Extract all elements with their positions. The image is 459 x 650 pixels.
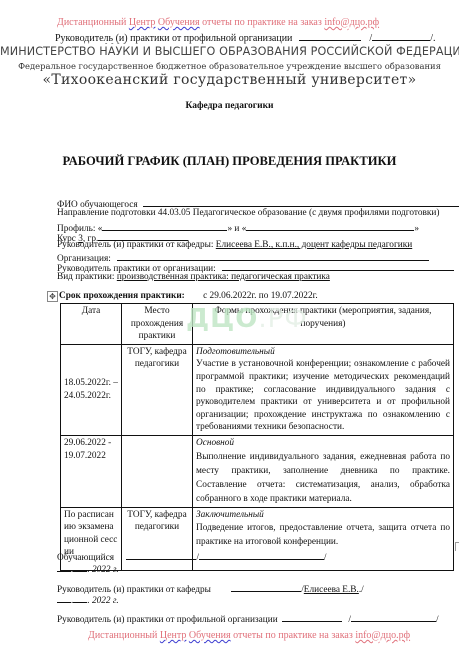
promo-prefix: Дистанционный [88, 630, 160, 641]
header-signature-end: /. [430, 33, 435, 44]
row-place [122, 435, 193, 507]
org-signature-blank[interactable] [282, 611, 342, 622]
dept-date-line: .. 2022 г. [57, 592, 119, 606]
direction-label: Направление подготовки [57, 208, 158, 218]
row-stage: Заключительный [196, 509, 450, 522]
row-tasks: Участие в установочной конференции; озна… [196, 358, 450, 434]
dept-supervisor-field: Руководитель (и) практики от кафедры: Ел… [57, 240, 412, 250]
watermark-tail: .РФ [258, 304, 307, 334]
period-value: с 29.06.2022г. по 19.07.2022г. [203, 291, 318, 301]
promo-brand-center: Центр [129, 17, 156, 28]
institution-type: Федеральное государственное бюджетное об… [0, 61, 459, 71]
site-watermark: ДЦО.РФ [186, 304, 308, 334]
promo-email-link[interactable]: info@дцо.рф [324, 17, 379, 28]
period-field: ✥Срок прохождения практики: с 29.06.2022… [47, 291, 318, 302]
promo-prefix: Дистанционный [57, 17, 129, 28]
promo-brand-learning: Обучения [189, 630, 231, 641]
profile-separator: » и « [227, 224, 246, 234]
department-name: Кафедра педагогики [0, 101, 459, 111]
promo-banner-top: Дистанционный Центр Обучения отчеты по п… [57, 17, 379, 28]
dept-month-blank[interactable] [73, 592, 87, 603]
row-date: 18.05.2022г. – 24.05.2022г. [61, 344, 122, 435]
promo-suffix: отчеты по практике на заказ [200, 17, 325, 28]
row-stage: Основной [196, 437, 450, 450]
row-place: ТОГУ, кафедра педагогики [122, 344, 193, 435]
direction-value: 44.03.05 Педагогическое образование (с д… [158, 208, 440, 218]
dept-signature-blank[interactable] [231, 581, 301, 592]
profile-end: » [414, 224, 419, 234]
dept-day-blank[interactable] [57, 592, 71, 603]
row-tasks: Выполнение индивидуального задания, ежед… [196, 450, 450, 506]
row-forms: Подготовительный Участие в установочной … [193, 344, 454, 435]
row-tasks: Подведение итогов, предоставление отчета… [196, 521, 450, 549]
table-resize-handle[interactable] [455, 542, 459, 551]
dept-signature-name: Елисеева Е.В. [304, 585, 359, 595]
promo-brand-center: Центр [160, 630, 187, 641]
practice-type-value: производственная практика: педагогическа… [117, 272, 330, 282]
header-date: Дата [61, 304, 122, 345]
student-day-blank[interactable] [57, 561, 71, 572]
dept-supervisor-label: Руководитель (и) практики от кафедры: [57, 240, 216, 250]
university-name: «Тихоокеанский государственный университ… [0, 72, 459, 88]
promo-suffix: отчеты по практике на заказ [231, 630, 356, 641]
org-supervisor-input[interactable] [222, 260, 454, 271]
practice-type-field: Вид практики: производственная практика:… [57, 272, 330, 282]
practice-type-label: Вид практики: [57, 272, 117, 282]
student-month-blank[interactable] [73, 561, 87, 572]
promo-banner-bottom: Дистанционный Центр Обучения отчеты по п… [88, 630, 410, 641]
promo-brand-learning: Обучения [158, 17, 200, 28]
row-date: 29.06.2022 - 19.07.2022 [61, 435, 122, 507]
table-row: 18.05.2022г. – 24.05.2022г. ТОГУ, кафедр… [61, 344, 454, 435]
watermark-main: ДЦО [186, 304, 258, 334]
ministry-title: МИНИСТЕРСТВО НАУКИ И ВЫСШЕГО ОБРАЗОВАНИЯ… [0, 45, 459, 58]
period-label: Срок прохождения практики: [59, 291, 185, 301]
header-name-blank [372, 30, 430, 41]
org-signature-line: Руководитель (и) практики от профильной … [57, 611, 439, 625]
student-date-line: .. 2022 г. [57, 561, 119, 575]
student-name-blank[interactable] [199, 549, 324, 560]
org-signature-label: Руководитель (и) практики от профильной … [57, 615, 278, 625]
dept-date-year: . 2022 г. [87, 596, 118, 606]
direction-field: Направление подготовки 44.03.05 Педагоги… [57, 208, 439, 218]
dept-supervisor-value: Елисеева Е.В., к.п.н., доцент кафедры пе… [216, 240, 412, 250]
practice-plan-table: Дата Место прохождения практики Формы пр… [60, 303, 454, 571]
row-forms: Основной Выполнение индивидуального зада… [193, 435, 454, 507]
table-move-handle-icon[interactable]: ✥ [47, 291, 58, 302]
profile-2-input[interactable] [246, 220, 414, 231]
header-signature-label: Руководитель (и) практики от профильной … [55, 33, 292, 44]
student-date-year: . 2022 г. [87, 565, 118, 575]
header-signature-blank [299, 30, 361, 41]
page-title: РАБОЧИЙ ГРАФИК (ПЛАН) ПРОВЕДЕНИЯ ПРАКТИК… [0, 154, 459, 169]
student-signature-blank[interactable] [126, 549, 196, 560]
header-place: Место прохождения практики [122, 304, 193, 345]
org-name-blank[interactable] [351, 611, 436, 622]
student-name-input[interactable] [143, 196, 459, 207]
row-stage: Подготовительный [196, 346, 450, 359]
table-row: 29.06.2022 - 19.07.2022 Основной Выполне… [61, 435, 454, 507]
promo-email-link[interactable]: info@дцо.рф [355, 630, 410, 641]
